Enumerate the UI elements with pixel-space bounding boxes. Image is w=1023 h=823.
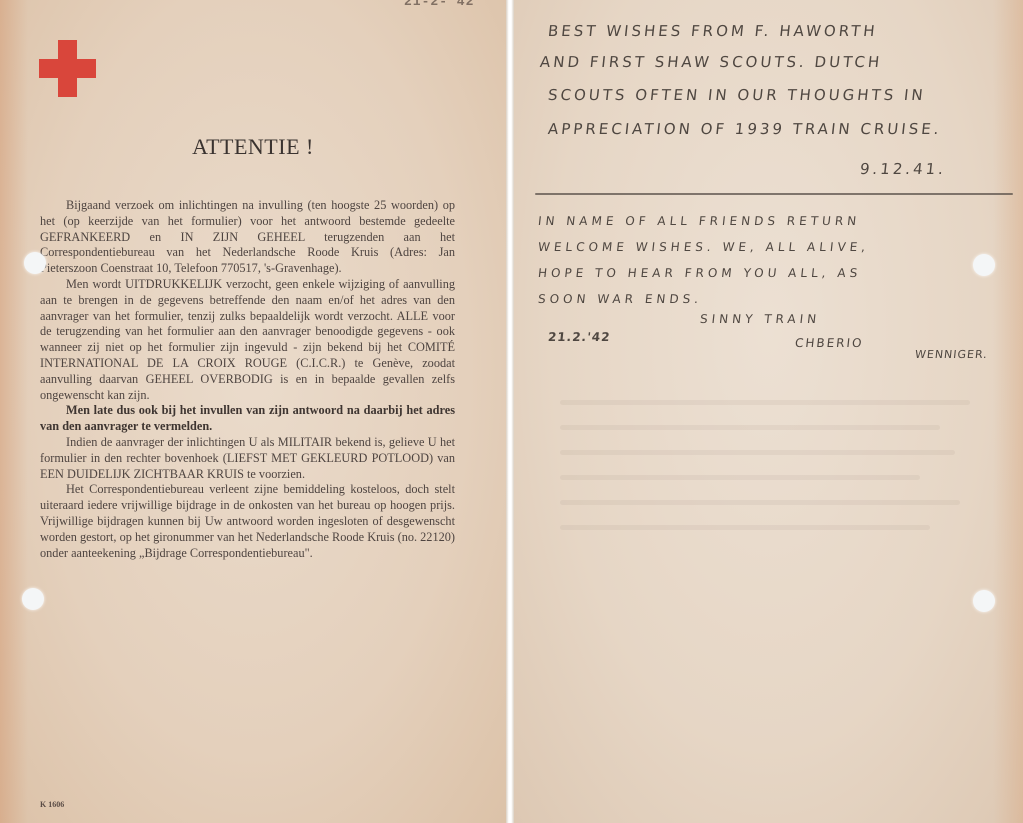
notice-body: Bijgaand verzoek om inlichtingen na invu… [40,198,455,561]
message-line: BEST WISHES FROM F. HAWORTH [547,22,878,40]
reply-line: HOPE TO HEAR FROM YOU ALL, AS [537,266,862,280]
reply-line: SOON WAR ENDS. [537,292,703,306]
message-date: 9.12.41. [859,160,947,178]
reply-date: 21.2.'42 [547,330,611,344]
notice-paragraph: Men wordt UITDRUKKELIJK verzocht, geen e… [40,277,455,403]
signature: SINNY TRAIN [699,312,821,326]
punch-hole-icon [22,588,44,610]
form-code: K 1606 [40,800,64,809]
notice-paragraph-bold: Men late dus ook bij het invullen van zi… [40,403,455,435]
show-through-text [560,425,940,430]
notice-paragraph: Indien de aanvrager der inlichtingen U a… [40,435,455,482]
message-line: SCOUTS OFTEN IN OUR THOUGHTS IN [547,86,927,104]
show-through-text [560,500,960,505]
message-line: AND FIRST SHAW SCOUTS. DUTCH [539,53,883,71]
punch-hole-icon [973,254,995,276]
show-through-text [560,475,920,480]
signature: CHBERIO [794,336,864,350]
show-through-text [560,400,970,405]
reply-line: IN NAME OF ALL FRIENDS RETURN [537,214,861,228]
punch-hole-icon [973,590,995,612]
punch-hole-icon [24,252,46,274]
page-gutter [506,0,514,823]
message-line: APPRECIATION OF 1939 TRAIN CRUISE. [547,120,942,138]
show-through-text [560,525,930,530]
red-cross-icon [39,40,96,97]
reply-line: WELCOME WISHES. WE, ALL ALIVE, [537,240,870,254]
left-page-printed-notice: 21-2-'42 ATTENTIE ! Bijgaand verzoek om … [0,0,506,823]
notice-paragraph: Bijgaand verzoek om inlichtingen na invu… [40,198,455,277]
notice-heading: ATTENTIE ! [0,134,506,160]
signature: WENNIGER. [914,348,988,361]
notice-paragraph: Het Correspondentiebureau verleent zijne… [40,482,455,561]
show-through-text [560,450,955,455]
divider-line [535,193,1013,195]
top-date-stamp: 21-2-'42 [404,0,474,9]
